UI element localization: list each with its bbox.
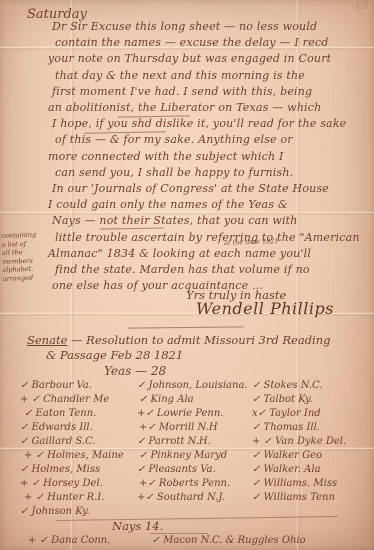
letter-signature: Wendell Phillips: [196, 299, 334, 318]
divider-rule: [128, 326, 244, 328]
yea-entry: ✓ Eaton Tenn.: [24, 407, 140, 421]
letter-line: an abolitionist, the Liberator on Texas …: [48, 100, 370, 116]
vote-heading-senate: Senate: [27, 333, 67, 347]
letter-page: 1,3 Saturday Dr Sir Excuse this long she…: [0, 0, 374, 550]
yea-entry: + ✓ Chandler Me: [20, 393, 140, 407]
letter-line: little trouble ascertain by referring to…: [55, 230, 370, 246]
letter-line: first moment I've had. I send with this,…: [52, 84, 370, 100]
yea-entry: +✓ Southard N.J.: [137, 491, 255, 505]
yea-entry: ✓ Williams. Miss: [252, 477, 374, 491]
yea-entry: ✓ Talbot Ky.: [252, 393, 374, 407]
letter-body: Dr Sir Excuse this long sheet — no less …: [52, 19, 370, 294]
vote-heading-rest: — Resolution to admit Missouri 3rd Readi…: [67, 333, 330, 347]
yea-entry: x✓ Taylor Ind: [252, 407, 374, 421]
letter-line: I could gain only the names of the Yeas …: [48, 197, 370, 213]
yea-entry: +✓ Lowrie Penn.: [137, 407, 255, 421]
letter-line: I hope, if you shd dislike it, you'll re…: [52, 116, 370, 132]
letter-line: your note on Thursday but was engaged in…: [48, 51, 370, 67]
letter-line: can send you, I shall be happy to furnis…: [55, 165, 370, 181]
yea-entry: ✓ Johnson, Louisiana.: [137, 379, 255, 393]
letter-line: find the state. Marden has that volume i…: [55, 262, 370, 278]
vote-heading-line2: & Passage Feb 28 1821: [46, 348, 183, 362]
letter-line: Dr Sir Excuse this long sheet — no less …: [52, 19, 370, 35]
yea-entry: ✓ Walker Geo: [252, 449, 374, 463]
yea-entry: + ✓ Hunter R.I.: [24, 491, 140, 505]
yea-entry: + ✓ Horsey Del.: [20, 477, 140, 491]
yea-entry: + ✓ Holmes, Maine: [24, 449, 140, 463]
yea-column-2: ✓ Johnson, Louisiana. ✓ King Ala +✓ Lowr…: [137, 379, 255, 505]
nays-count-label: Nays 14.: [112, 519, 163, 533]
pencil-number: 1,3: [355, 2, 368, 12]
yea-entry: ✓ Pinkney Maryd: [139, 449, 255, 463]
yea-entry: ✓ Johnson Ky.: [20, 505, 140, 519]
yea-entry: ✓ Gaillard S.C.: [20, 435, 140, 449]
yea-entry: ✓ Parrott N.H.: [137, 435, 255, 449]
yea-entry: + ✓ Van Dyke Del.: [252, 435, 374, 449]
yea-entry: ✓ Barbour Va.: [20, 379, 140, 393]
letter-line: contain the names — excuse the delay — I…: [55, 35, 370, 51]
yea-entry: ✓ Walker. Ala: [252, 463, 374, 477]
letter-line: Almanac" 1834 & looking at each name you…: [48, 246, 370, 262]
letter-line: of this — & for my sake. Anything else o…: [55, 132, 370, 148]
yea-column-3: ✓ Stokes N.C. ✓ Talbot Ky. x✓ Taylor Ind…: [252, 379, 374, 505]
yea-column-1: ✓ Barbour Va. + ✓ Chandler Me ✓ Eaton Te…: [20, 379, 140, 519]
nays-row: + ✓ Dana Conn. ✓ Macon N.C. & Ruggles Oh…: [28, 535, 306, 546]
yea-entry: ✓ Stokes N.C.: [252, 379, 374, 393]
letter-line: more connected with the subject which I: [48, 149, 370, 165]
yea-entry: ✓ King Ala: [139, 393, 255, 407]
vote-heading: Senate — Resolution to admit Missouri 3r…: [27, 333, 331, 347]
yea-entry: ✓ Williams Tenn: [252, 491, 374, 505]
yea-entry: ✓ Edwards Ill.: [20, 421, 140, 435]
yeas-count-label: Yeas — 28: [104, 364, 166, 378]
margin-annotation: containing a list of all the members alp…: [1, 230, 51, 283]
yea-entry: ✓ Thomas Ill.: [252, 421, 374, 435]
yea-entry: +✓ Morrill N.H: [139, 421, 255, 435]
letter-line: Nays — not their States, that you can wi…: [52, 213, 370, 229]
nay-entry: + ✓ Dana Conn.: [28, 535, 110, 546]
yea-entry: ✓ Holmes, Miss: [20, 463, 140, 477]
letter-line: that day & the next and this morning is …: [55, 68, 370, 84]
yea-entry: ✓ Pleasants Va.: [137, 463, 255, 477]
letter-line: In our 'Journals of Congress' at the Sta…: [52, 181, 370, 197]
nay-entry: ✓ Macon N.C. & Ruggles Ohio: [152, 535, 306, 546]
underline-stroke: [150, 533, 208, 534]
yea-entry: +✓ Roberts Penn.: [139, 477, 255, 491]
